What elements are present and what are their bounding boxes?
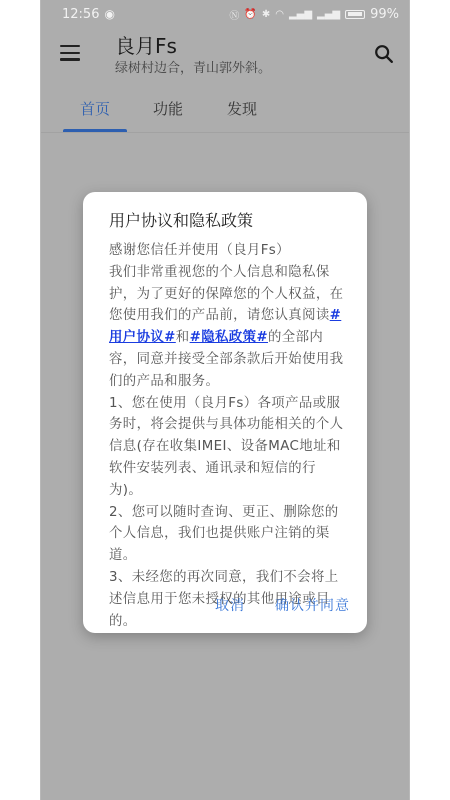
alarm-icon: ⏰ [244, 9, 256, 20]
bluetooth-icon: ✱ [262, 9, 270, 20]
privacy-policy-link[interactable]: #隐私政策# [190, 330, 268, 345]
confirm-agree-button[interactable]: 确认并同意 [275, 595, 350, 615]
battery-icon [345, 10, 365, 19]
tab-indicator [63, 129, 127, 132]
tab-bar: 首页 功能 发现 [41, 88, 409, 133]
battery-percent: 99% [370, 7, 399, 22]
dialog-title: 用户协议和隐私政策 [109, 210, 349, 232]
dialog-body: 感谢您信任并使用（良月Fs） 我们非常重视您的个人信息和隐私保护，为了更好的保障… [109, 240, 349, 632]
dialog-item-2: 2、您可以随时查询、更正、删除您的个人信息，我们也提供账户注销的渠道。 [109, 502, 349, 567]
cancel-button[interactable]: 取消 [215, 595, 245, 615]
dialog-item-1: 1、您在使用（良月Fs）各项产品或服务时，将会提供与具体功能相关的个人信息(存在… [109, 393, 349, 502]
menu-icon[interactable] [60, 45, 80, 61]
app-subtitle: 绿树村边合，青山郭外斜。 [115, 60, 271, 78]
privacy-dialog: 用户协议和隐私政策 感谢您信任并使用（良月Fs） 我们非常重视您的个人信息和隐私… [83, 192, 367, 633]
status-time: 12:56 [62, 7, 99, 22]
dialog-text: 我们非常重视您的个人信息和隐私保护，为了更好的保障您的个人权益，在您使用我们的产… [109, 265, 343, 324]
nfc-icon: Ⓝ [229, 7, 239, 22]
tab-discover[interactable]: 发现 [227, 98, 257, 119]
signal-icon: ▂▄▆ [289, 9, 312, 20]
dialog-text: 和 [176, 330, 190, 345]
wifi-icon: ◠ [275, 9, 284, 20]
signal-icon: ▂▄▆ [317, 9, 340, 20]
app-bar: 良月Fs 绿树村边合，青山郭外斜。 [41, 28, 409, 88]
tab-features[interactable]: 功能 [153, 98, 183, 119]
search-icon[interactable] [373, 43, 395, 65]
tab-home[interactable]: 首页 [80, 98, 110, 119]
dialog-intro: 感谢您信任并使用（良月Fs） [109, 240, 349, 262]
dialog-actions: 取消 确认并同意 [215, 595, 350, 615]
eye-icon: ◉ [104, 7, 114, 21]
dialog-paragraph: 我们非常重视您的个人信息和隐私保护，为了更好的保障您的个人权益，在您使用我们的产… [109, 262, 349, 393]
status-bar: 12:56 ◉ Ⓝ ⏰ ✱ ◠ ▂▄▆ ▂▄▆ 99% [41, 0, 409, 28]
app-title: 良月Fs [115, 34, 271, 58]
